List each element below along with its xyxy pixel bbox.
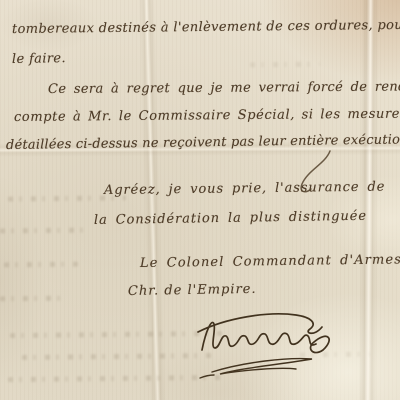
signature: Hautroij (196, 306, 336, 390)
signature-flourish-icon (196, 306, 336, 386)
signature-name: Hautroij (196, 306, 197, 307)
letter-closing-line: la Considération la plus distinguée (94, 209, 367, 228)
fold-crease-vertical-right (359, 0, 380, 400)
letter-closing-line: Agréez, je vous prie, l'assurance de (104, 180, 386, 198)
bleed-through-text (4, 262, 78, 268)
fold-crease-vertical-center (138, 0, 165, 400)
bleed-through-text (10, 331, 222, 338)
letter-line: compte à Mr. le Commissaire Spécial, si … (14, 107, 400, 125)
bleed-through-text (0, 296, 64, 302)
bleed-through-text (22, 353, 214, 360)
letter-line: détaillées ci-dessus ne reçoivent pas le… (6, 132, 400, 153)
bleed-through-text (8, 375, 226, 382)
letter-line: Ce sera à regret que je me verrai forcé … (48, 79, 400, 97)
bleed-through-text (250, 62, 320, 68)
bleed-through-text (300, 352, 370, 358)
letter-photo: tombereaux destinés à l'enlèvement de ce… (0, 0, 400, 400)
bleed-through-text (0, 228, 92, 234)
letter-line: le faire. (12, 51, 66, 67)
letter-signoff-line: Chr. de l'Empire. (128, 282, 257, 299)
letter-line: tombereaux destinés à l'enlèvement de ce… (12, 18, 400, 37)
letter-signoff-line: Le Colonel Commandant d'Armes (140, 252, 400, 271)
